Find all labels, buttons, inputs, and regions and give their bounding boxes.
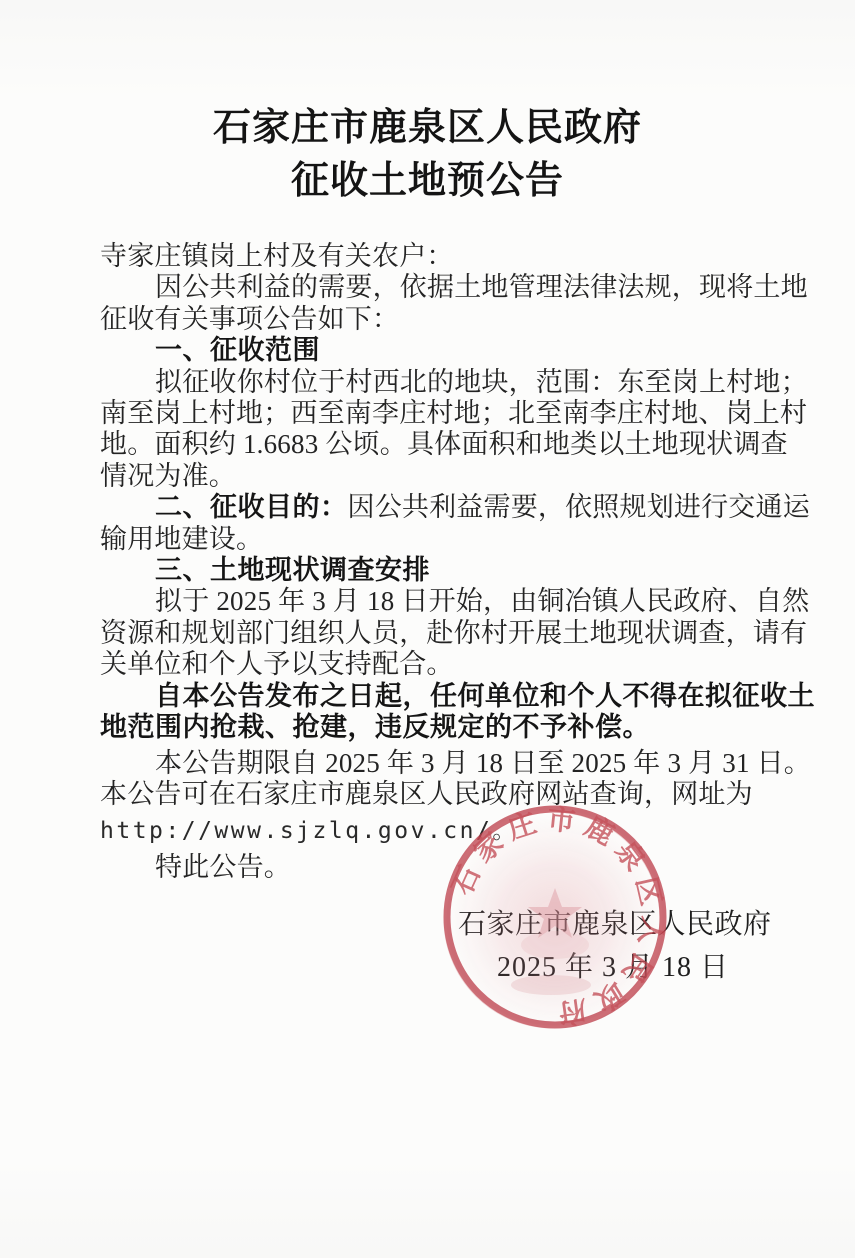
doc-line-period: 本公告期限自 2025 年 3 月 18 日至 2025 年 3 月 31 日。 xyxy=(100,748,757,779)
official-seal: 石家庄市鹿泉区人民政府 xyxy=(433,795,677,1039)
doc-line: 南至岗上村地；西至南李庄村地；北至南李庄村地、岗上村 xyxy=(100,398,757,429)
document-body: 寺家庄镇岗上村及有关农户： 因公共利益的需要，依据土地管理法律法规，现将土地 征… xyxy=(0,241,855,883)
doc-line-warning: 地范围内抢栽、抢建，违反规定的不予补偿。 xyxy=(100,712,757,743)
doc-line: 拟于 2025 年 3 月 18 日开始，由铜冶镇人民政府、自然 xyxy=(100,586,757,617)
doc-line: 地。面积约 1.6683 公顷。具体面积和地类以土地现状调查 xyxy=(100,429,757,460)
title-line-1: 石家庄市鹿泉区人民政府 xyxy=(0,102,855,155)
doc-line: 拟征收你村位于村西北的地块，范围：东至岗上村地； xyxy=(100,367,757,398)
doc-line: 因公共利益的需要，依据土地管理法律法规，现将土地 xyxy=(100,272,757,303)
seal-texture xyxy=(511,975,591,995)
scanned-document-page: 石家庄市鹿泉区人民政府 征收土地预公告 寺家庄镇岗上村及有关农户： 因公共利益的… xyxy=(0,0,855,1258)
doc-heading-section-1: 一、征收范围 xyxy=(100,335,757,366)
title-line-2: 征收土地预公告 xyxy=(0,155,855,208)
doc-line: 征收有关事项公告如下： xyxy=(100,304,757,335)
doc-line: 输用地建设。 xyxy=(100,524,757,555)
doc-line-salutation: 寺家庄镇岗上村及有关农户： xyxy=(100,241,757,272)
doc-line: 情况为准。 xyxy=(100,461,757,492)
doc-heading-section-2: 二、征收目的：因公共利益需要，依照规划进行交通运 xyxy=(100,492,757,523)
document-title: 石家庄市鹿泉区人民政府 征收土地预公告 xyxy=(0,0,855,208)
doc-heading-section-3: 三、土地现状调查安排 xyxy=(100,555,757,586)
doc-line-warning: 自本公告发布之日起，任何单位和个人不得在拟征收土 xyxy=(100,681,757,712)
doc-line: 关单位和个人予以支持配合。 xyxy=(100,649,757,680)
seal-texture xyxy=(521,931,589,959)
doc-line: 资源和规划部门组织人员，赴你村开展土地现状调查，请有 xyxy=(100,618,757,649)
